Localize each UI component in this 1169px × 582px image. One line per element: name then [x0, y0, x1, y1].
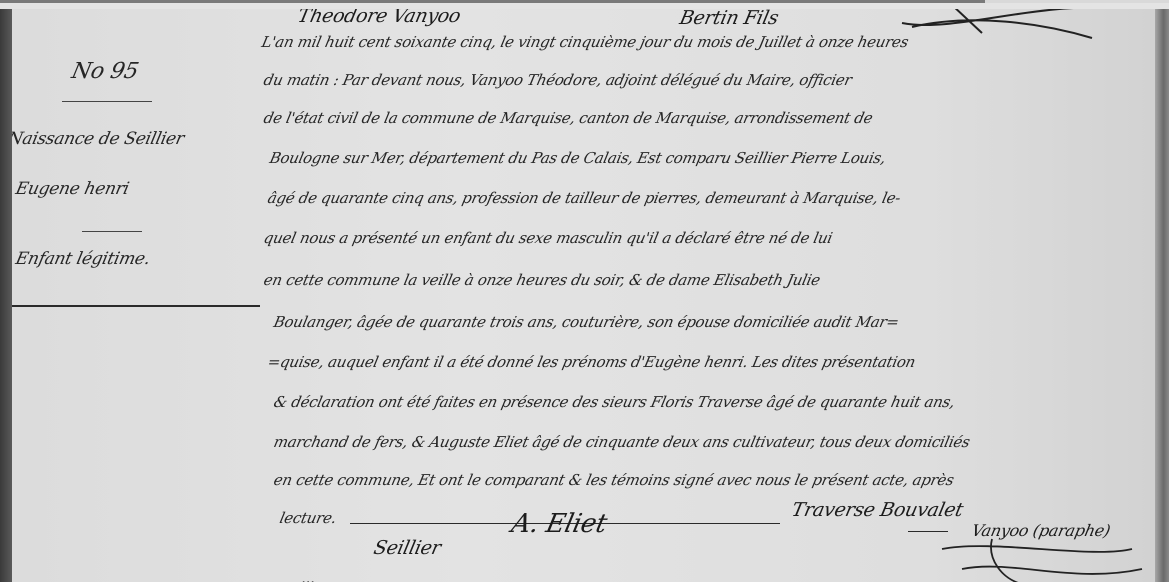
margin-title-line2: Eugene henri: [14, 179, 131, 199]
body-line-11: marchand de fers, & Auguste Eliet âgé de…: [272, 433, 971, 451]
body-line-6: quel nous a présenté un enfant du sexe m…: [262, 229, 834, 247]
page-binding-left: [0, 9, 12, 582]
margin-dash-2: [82, 231, 142, 232]
body-line-12: en cette commune, Et ont le comparant & …: [272, 471, 955, 489]
margin-separator-rule: [12, 305, 260, 307]
signature-father: Seillier: [372, 537, 443, 559]
body-line-10: & déclaration ont été faites en présence…: [272, 393, 956, 411]
body-line-9: =quise, auquel enfant il a été donné les…: [266, 353, 917, 371]
body-line-4: Boulogne sur Mer, département du Pas de …: [268, 149, 887, 167]
header-signature-1: Theodore Vanyoo: [296, 9, 463, 27]
body-line-1: L'an mil huit cent soixante cinq, le vin…: [260, 33, 910, 51]
body-line-13: lecture.: [278, 509, 338, 527]
body-line-3: de l'état civil de la commune de Marquis…: [262, 109, 874, 127]
signature-officer: Vanyoo (paraphe): [970, 521, 1112, 540]
register-page: Theodore Vanyoo Bertin Fils No 95 Naissa…: [12, 9, 1155, 582]
body-line-5: âgé de quarante cinq ans, profession de …: [266, 189, 902, 207]
header-signature-2: Bertin Fils: [678, 9, 781, 29]
signature-witness-eliet: A. Eliet: [509, 509, 610, 539]
page-binding-right: [1155, 9, 1169, 582]
entry-number: No 95: [69, 59, 140, 84]
header-flourish: [892, 9, 1132, 43]
signature-underline: [908, 531, 948, 532]
next-entry-partial: ...: [300, 569, 317, 582]
margin-title-line1: Naissance de Seillier: [12, 129, 186, 149]
body-line-8: Boulanger, âgée de quarante trois ans, c…: [272, 313, 901, 331]
margin-title-line3: Enfant légitime.: [14, 249, 152, 269]
margin-dash-1: [62, 101, 152, 102]
signature-witness-traverse: Traverse Bouvalet: [790, 499, 965, 521]
body-line-2: du matin : Par devant nous, Vanyoo Théod…: [262, 71, 853, 89]
body-line-7: en cette commune la veille à onze heures…: [262, 271, 822, 289]
